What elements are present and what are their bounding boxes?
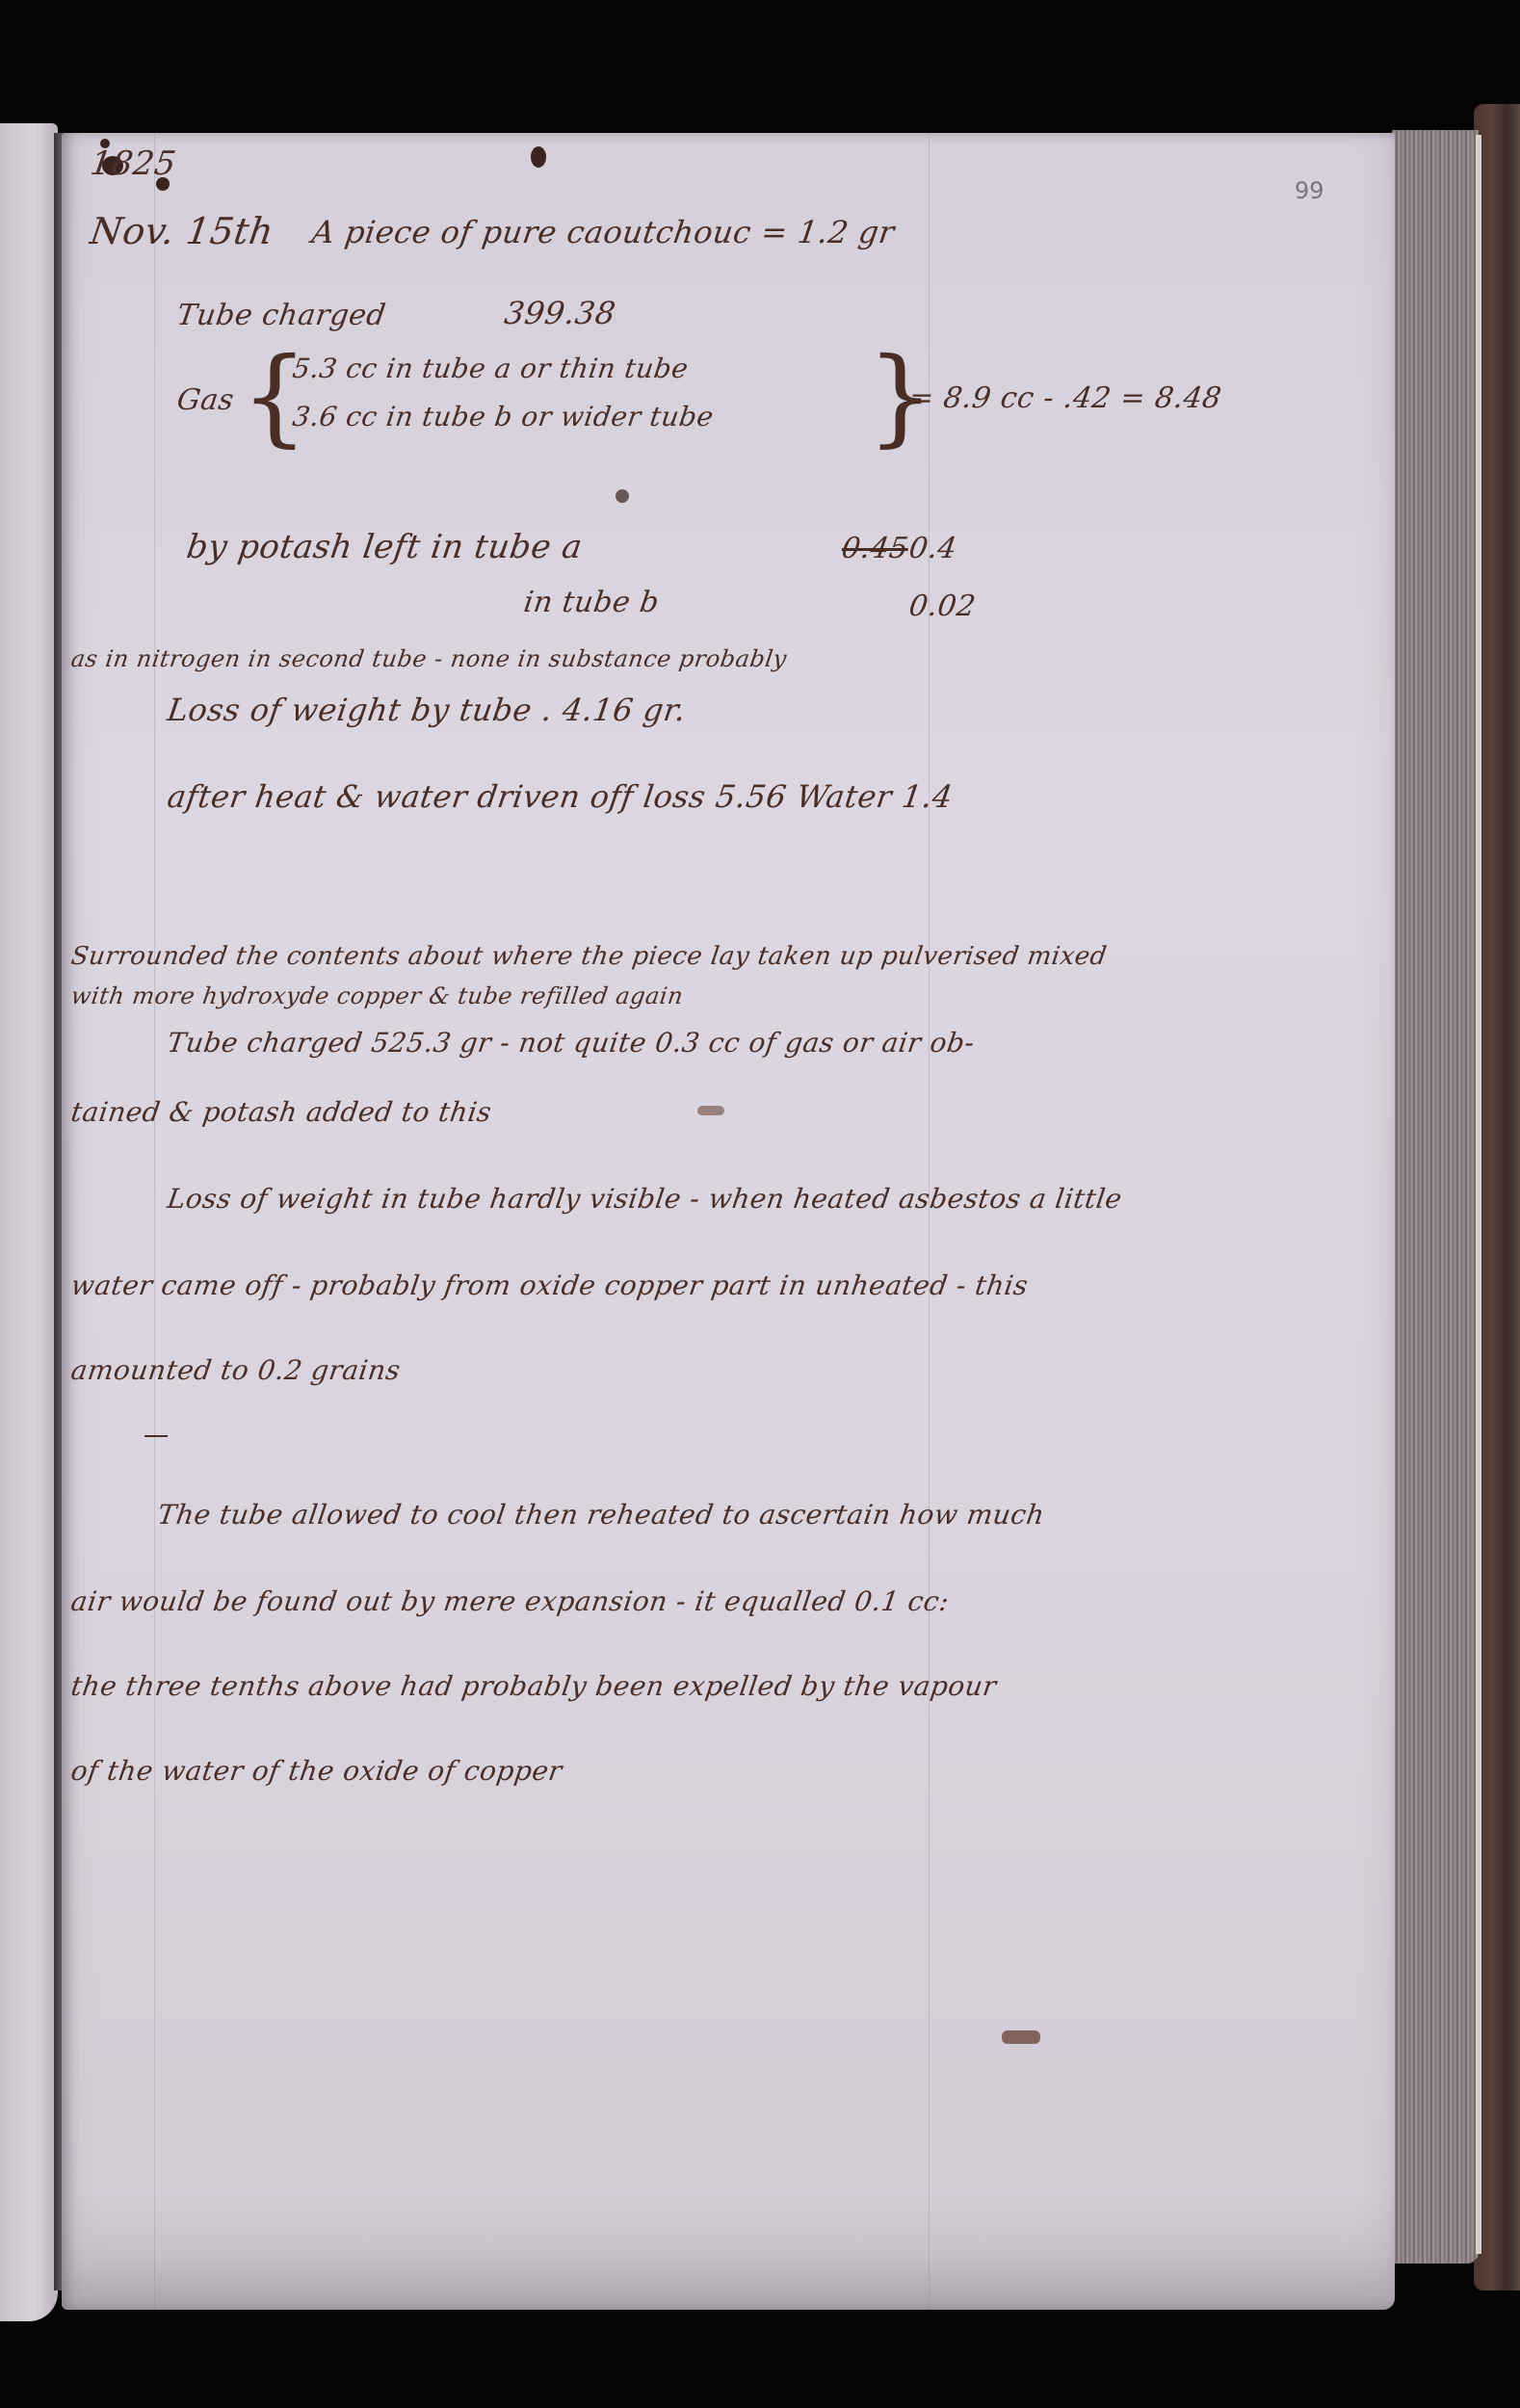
margin-rule xyxy=(154,133,155,2310)
page-number: 99 xyxy=(1295,177,1324,204)
potash-line-b-value: 0.02 xyxy=(907,589,979,623)
second-tube-charged: Tube charged 525.3 gr - not quite 0.3 cc… xyxy=(166,1027,977,1059)
second-para3-line1: The tube allowed to cool then reheated t… xyxy=(156,1499,1047,1531)
page-stack-edges xyxy=(1392,130,1479,2264)
notebook-page: 99 1825 Nov. 15th A piece of pure caoutc… xyxy=(62,133,1395,2310)
gas-result: = 8.9 cc - .42 = 8.48 xyxy=(907,381,1224,415)
ink-blot xyxy=(531,146,546,168)
potash-line-a-value: 0.4 xyxy=(907,532,959,565)
weight-loss-line: Loss of weight by tube . 4.16 gr. xyxy=(165,692,688,728)
second-para2-line2: water came off - probably from oxide cop… xyxy=(69,1269,1031,1301)
potash-line-b: in tube b xyxy=(522,586,662,619)
potash-line-a: by potash left in tube a xyxy=(184,528,585,566)
tube-charged-label: Tube charged xyxy=(175,299,388,332)
second-para2-line1: Loss of weight in tube hardly visible - … xyxy=(166,1183,1124,1215)
ink-blot xyxy=(616,489,629,503)
ink-smear xyxy=(1002,2030,1040,2044)
after-heat-line: after heat & water driven off loss 5.56 … xyxy=(165,778,955,815)
gas-line-a: 5.3 cc in tube a or thin tube xyxy=(291,353,691,384)
gas-line-b: 3.6 cc in tube b or wider tube xyxy=(291,401,716,432)
second-para3-line3: the three tenths above had probably been… xyxy=(69,1670,999,1702)
second-para2-line3: amounted to 0.2 grains xyxy=(69,1354,403,1386)
entry-date: Nov. 15th xyxy=(88,210,276,252)
facing-left-page-edge xyxy=(0,123,58,2321)
fold-rule xyxy=(929,133,930,2310)
year: 1825 xyxy=(88,144,178,183)
second-para3-line4: of the water of the oxide of copper xyxy=(69,1755,564,1787)
entry-line-caoutchouc: A piece of pure caoutchouc = 1.2 gr xyxy=(309,214,897,250)
nitrogen-note: as in nitrogen in second tube - none in … xyxy=(69,645,789,672)
page-stack-outer-edge xyxy=(1476,135,1481,2254)
photograph-scene: 99 1825 Nov. 15th A piece of pure caoutc… xyxy=(0,0,1520,2408)
second-tube-charged-cont: tained & potash added to this xyxy=(69,1096,494,1128)
second-para3-line2: air would be found out by mere expansion… xyxy=(69,1585,952,1617)
second-para1-line2: with more hydroxyde copper & tube refill… xyxy=(69,982,685,1009)
section-divider xyxy=(144,1435,168,1437)
ink-smear xyxy=(697,1106,724,1115)
potash-line-a-struck: 0.45 xyxy=(840,532,911,565)
second-para1-line1: Surrounded the contents about where the … xyxy=(69,942,1109,971)
gas-label: Gas xyxy=(175,383,237,417)
tube-charged-value: 399.38 xyxy=(502,295,617,331)
